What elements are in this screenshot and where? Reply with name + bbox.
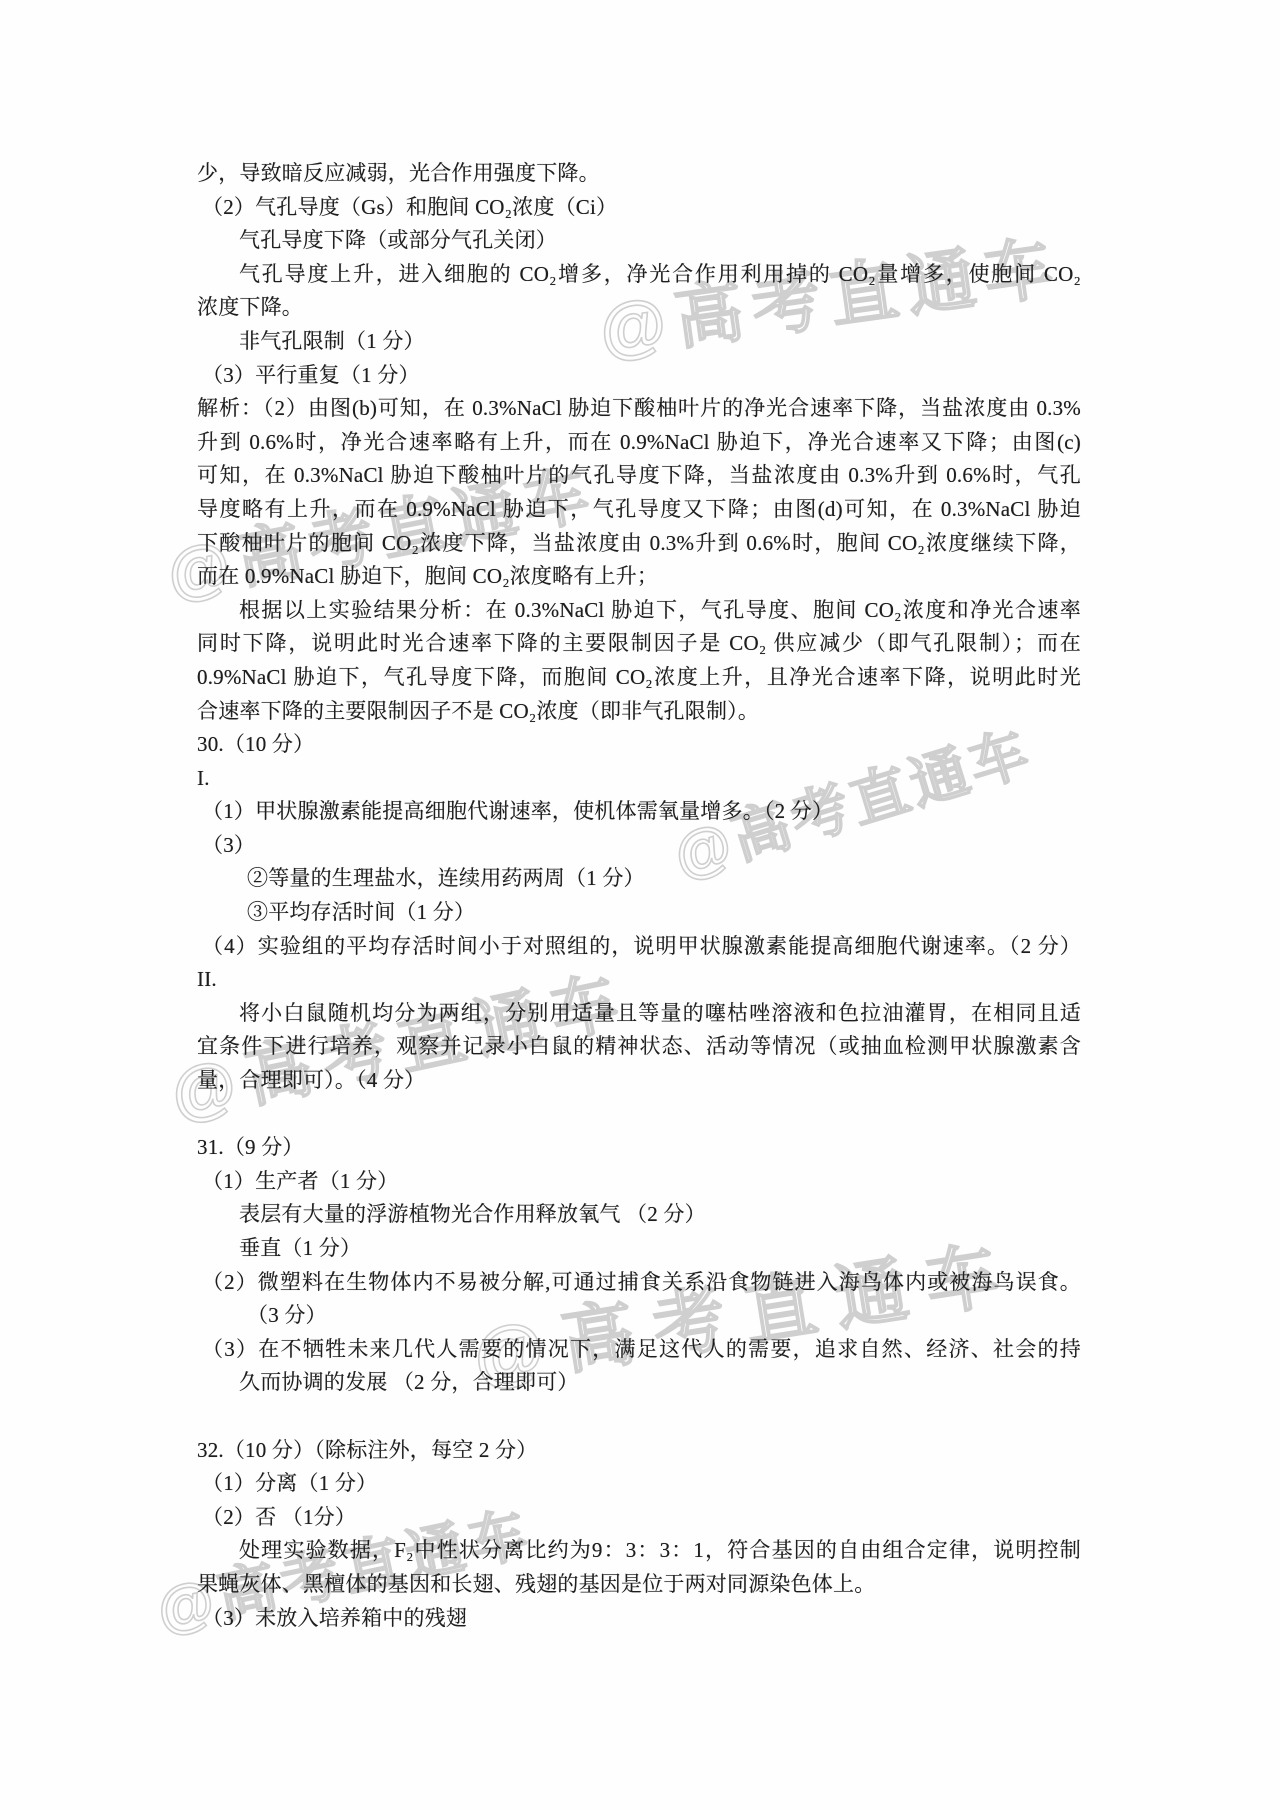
text-line: 浓度下降。: [197, 291, 1081, 325]
text-line: 少，导致暗反应减弱，光合作用强度下降。: [197, 157, 1081, 191]
text-line: 解析：（2）由图(b)可知，在 0.3%NaCl 胁迫下酸柚叶片的净光合速率下降…: [197, 392, 1081, 426]
text-line: ③平均存活时间（1 分）: [197, 896, 1081, 930]
text-line: 将小白鼠随机均分为两组，分别用适量且等量的噻枯唑溶液和色拉油灌胃，在相同且适: [197, 997, 1081, 1031]
text-line: （4）实验组的平均存活时间小于对照组的，说明甲状腺激素能提高细胞代谢速率。（2 …: [197, 930, 1081, 964]
text-line: 合速率下降的主要限制因子不是 CO₂浓度（即非气孔限制）。: [197, 695, 1081, 729]
text-line: 升到 0.6%时，净光合速率略有上升，而在 0.9%NaCl 胁迫下，净光合速率…: [197, 426, 1081, 460]
answer-lines: 少，导致暗反应减弱，光合作用强度下降。（2）气孔导度（Gs）和胞间 CO₂浓度（…: [197, 157, 1081, 1635]
text-line: （1）甲状腺激素能提高细胞代谢速率，使机体需氧量增多。（2 分）: [197, 795, 1081, 829]
text-line: （1）生产者（1 分）: [197, 1165, 1081, 1199]
text-line: 可知，在 0.3%NaCl 胁迫下酸柚叶片的气孔导度下降，当盐浓度由 0.3%升…: [197, 459, 1081, 493]
text-line: 同时下降，说明此时光合速率下降的主要限制因子是 CO₂ 供应减少（即气孔限制）；…: [197, 627, 1081, 661]
text-line: （3 分）: [197, 1299, 1081, 1333]
text-line: 处理实验数据，F₂中性状分离比约为9：3：3：1，符合基因的自由组合定律，说明控…: [197, 1534, 1081, 1568]
text-line: 量，合理即可）。（4 分）: [197, 1064, 1081, 1098]
text-line: 导度略有上升，而在 0.9%NaCl 胁迫下，气孔导度又下降；由图(d)可知，在…: [197, 493, 1081, 527]
text-line: II.: [197, 963, 1081, 997]
text-line: 果蝇灰体、黑檀体的基因和长翅、残翅的基因是位于两对同源染色体上。: [197, 1568, 1081, 1602]
text-line: 根据以上实验结果分析：在 0.3%NaCl 胁迫下，气孔导度、胞间 CO₂浓度和…: [197, 594, 1081, 628]
text-line: （3）: [197, 829, 1081, 863]
text-line: [197, 1400, 1081, 1434]
text-line: 非气孔限制（1 分）: [197, 325, 1081, 359]
text-line: 31.（9 分）: [197, 1131, 1081, 1165]
text-line: I.: [197, 762, 1081, 796]
text-line: 32.（10 分）（除标注外，每空 2 分）: [197, 1434, 1081, 1468]
text-line: （3）未放入培养箱中的残翅: [197, 1602, 1081, 1636]
text-line: （2）气孔导度（Gs）和胞间 CO₂浓度（Ci）: [197, 191, 1081, 225]
text-line: 久而协调的发展 （2 分，合理即可）: [197, 1366, 1081, 1400]
text-line: 宜条件下进行培养，观察并记录小白鼠的精神状态、活动等情况（或抽血检测甲状腺激素含: [197, 1030, 1081, 1064]
text-line: 垂直（1 分）: [197, 1232, 1081, 1266]
text-line: 气孔导度上升，进入细胞的 CO₂增多，净光合作用利用掉的 CO₂量增多，使胞间 …: [197, 258, 1081, 292]
text-line: （1）分离（1 分）: [197, 1467, 1081, 1501]
text-line: （3）在不牺牲未来几代人需要的情况下，满足这代人的需要，追求自然、经济、社会的持: [197, 1333, 1081, 1367]
text-line: 而在 0.9%NaCl 胁迫下，胞间 CO₂浓度略有上升；: [197, 560, 1081, 594]
text-line: （2）微塑料在生物体内不易被分解,可通过捕食关系沿食物链进入海鸟体内或被海鸟误食…: [197, 1266, 1081, 1300]
text-line: （3）平行重复（1 分）: [197, 359, 1081, 393]
text-line: [197, 1098, 1081, 1132]
text-line: 表层有大量的浮游植物光合作用释放氧气 （2 分）: [197, 1198, 1081, 1232]
scanned-answer-page: @高考直通车 @高考直通车 @高考直通车 @高考直通车 @高考直通车 @高考直通…: [0, 0, 1280, 1810]
text-line: 气孔导度下降（或部分气孔关闭）: [197, 224, 1081, 258]
text-line: 0.9%NaCl 胁迫下，气孔导度下降，而胞间 CO₂浓度上升，且净光合速率下降…: [197, 661, 1081, 695]
text-line: 下酸柚叶片的胞间 CO₂浓度下降，当盐浓度由 0.3%升到 0.6%时，胞间 C…: [197, 527, 1081, 561]
text-line: 30.（10 分）: [197, 728, 1081, 762]
text-line: （2）否 （1分）: [197, 1501, 1081, 1535]
text-line: ②等量的生理盐水，连续用药两周（1 分）: [197, 862, 1081, 896]
